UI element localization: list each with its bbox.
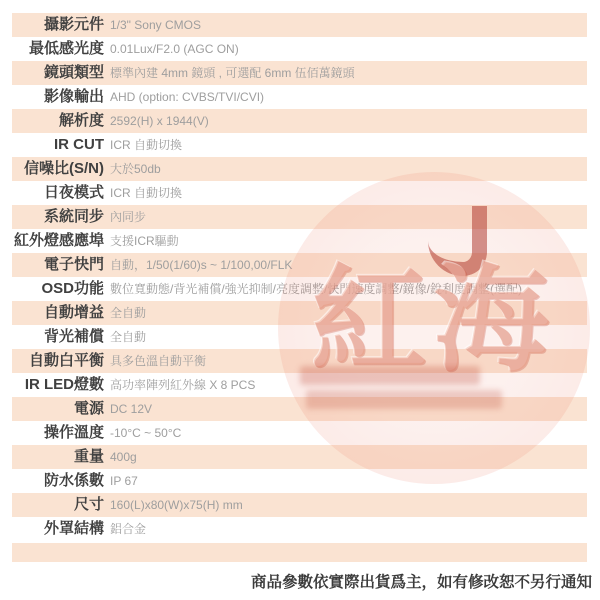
spec-table: 攝影元件1/3" Sony CMOS最低感光度0.01Lux/F2.0 (AGC…	[12, 13, 587, 541]
spec-value: -10°C ~ 50°C	[110, 421, 181, 445]
spec-row: 鏡頭類型標準內建 4mm 鏡頭 , 可選配 6mm 伍佰萬鏡頭	[12, 61, 587, 85]
spec-label: 重量	[12, 445, 104, 469]
spec-row: 日夜模式ICR 自動切換	[12, 181, 587, 205]
spec-row: 影像輸出AHD (option: CVBS/TVI/CVI)	[12, 85, 587, 109]
spec-value: 內同步	[110, 205, 146, 229]
spec-label: 操作溫度	[12, 421, 104, 445]
spec-row: 最低感光度0.01Lux/F2.0 (AGC ON)	[12, 37, 587, 61]
spec-label: 最低感光度	[12, 37, 104, 61]
spec-row: 外罩結構鋁合金	[12, 517, 587, 541]
spec-row: 紅外燈感應埠支援ICR驅動	[12, 229, 587, 253]
spec-row: IR CUTICR 自動切換	[12, 133, 587, 157]
spec-value: 160(L)x80(W)x75(H) mm	[110, 493, 243, 517]
spec-label: 鏡頭類型	[12, 61, 104, 85]
spec-row: 電源DC 12V	[12, 397, 587, 421]
spec-value: 具多色溫自動平衡	[110, 349, 206, 373]
empty-band	[12, 543, 587, 562]
spec-sheet-page: 攝影元件1/3" Sony CMOS最低感光度0.01Lux/F2.0 (AGC…	[0, 0, 600, 600]
spec-row: 解析度2592(H) x 1944(V)	[12, 109, 587, 133]
spec-value: 400g	[110, 445, 137, 469]
spec-label: 系統同步	[12, 205, 104, 229]
spec-value: 標準內建 4mm 鏡頭 , 可選配 6mm 伍佰萬鏡頭	[110, 61, 355, 85]
spec-label: 影像輸出	[12, 85, 104, 109]
spec-row: 重量400g	[12, 445, 587, 469]
spec-row: 信噪比(S/N)大於50db	[12, 157, 587, 181]
spec-row: 自動增益全自動	[12, 301, 587, 325]
spec-value: 支援ICR驅動	[110, 229, 179, 253]
spec-label: 信噪比(S/N)	[12, 157, 104, 181]
spec-value: 全自動	[110, 325, 146, 349]
spec-value: ICR 自動切換	[110, 133, 182, 157]
spec-row: 防水係數IP 67	[12, 469, 587, 493]
spec-label: 自動白平衡	[12, 349, 104, 373]
spec-label: OSD功能	[12, 277, 104, 301]
spec-label: 尺寸	[12, 493, 104, 517]
spec-label: 解析度	[12, 109, 104, 133]
spec-label: 自動增益	[12, 301, 104, 325]
spec-value: IP 67	[110, 469, 138, 493]
spec-row: IR LED燈數高功率陣列紅外線 X 8 PCS	[12, 373, 587, 397]
spec-label: 背光補償	[12, 325, 104, 349]
spec-value: ICR 自動切換	[110, 181, 182, 205]
spec-label: 電源	[12, 397, 104, 421]
spec-value: 高功率陣列紅外線 X 8 PCS	[110, 373, 255, 397]
spec-row: OSD功能數位寬動態/背光補償/強光抑制/亮度調整/快門速度調整/鏡像/銳利度調…	[12, 277, 587, 301]
spec-label: IR CUT	[12, 133, 104, 157]
spec-label: 攝影元件	[12, 13, 104, 37]
spec-label: 紅外燈感應埠	[12, 229, 104, 253]
spec-row: 攝影元件1/3" Sony CMOS	[12, 13, 587, 37]
spec-value: 大於50db	[110, 157, 161, 181]
spec-row: 系統同步內同步	[12, 205, 587, 229]
spec-label: 日夜模式	[12, 181, 104, 205]
spec-value: 2592(H) x 1944(V)	[110, 109, 209, 133]
spec-value: 全自動	[110, 301, 146, 325]
spec-value: 鋁合金	[110, 517, 146, 541]
spec-label: 外罩結構	[12, 517, 104, 541]
spec-value: DC 12V	[110, 397, 152, 421]
spec-label: 防水係數	[12, 469, 104, 493]
footer-note: 商品參數依實際出貨爲主，如有修改恕不另行通知	[251, 570, 592, 592]
spec-value: 0.01Lux/F2.0 (AGC ON)	[110, 37, 239, 61]
spec-label: 電子快門	[12, 253, 104, 277]
spec-row: 自動白平衡具多色溫自動平衡	[12, 349, 587, 373]
spec-value: 數位寬動態/背光補償/強光抑制/亮度調整/快門速度調整/鏡像/銳利度調整(選配)	[110, 277, 522, 301]
spec-row: 操作溫度-10°C ~ 50°C	[12, 421, 587, 445]
spec-row: 電子快門自動，1/50(1/60)s ~ 1/100,00/FLK	[12, 253, 587, 277]
spec-value: AHD (option: CVBS/TVI/CVI)	[110, 85, 264, 109]
spec-row: 背光補償全自動	[12, 325, 587, 349]
spec-row: 尺寸160(L)x80(W)x75(H) mm	[12, 493, 587, 517]
spec-label: IR LED燈數	[12, 373, 104, 397]
spec-value: 自動，1/50(1/60)s ~ 1/100,00/FLK	[110, 253, 292, 277]
spec-value: 1/3" Sony CMOS	[110, 13, 201, 37]
